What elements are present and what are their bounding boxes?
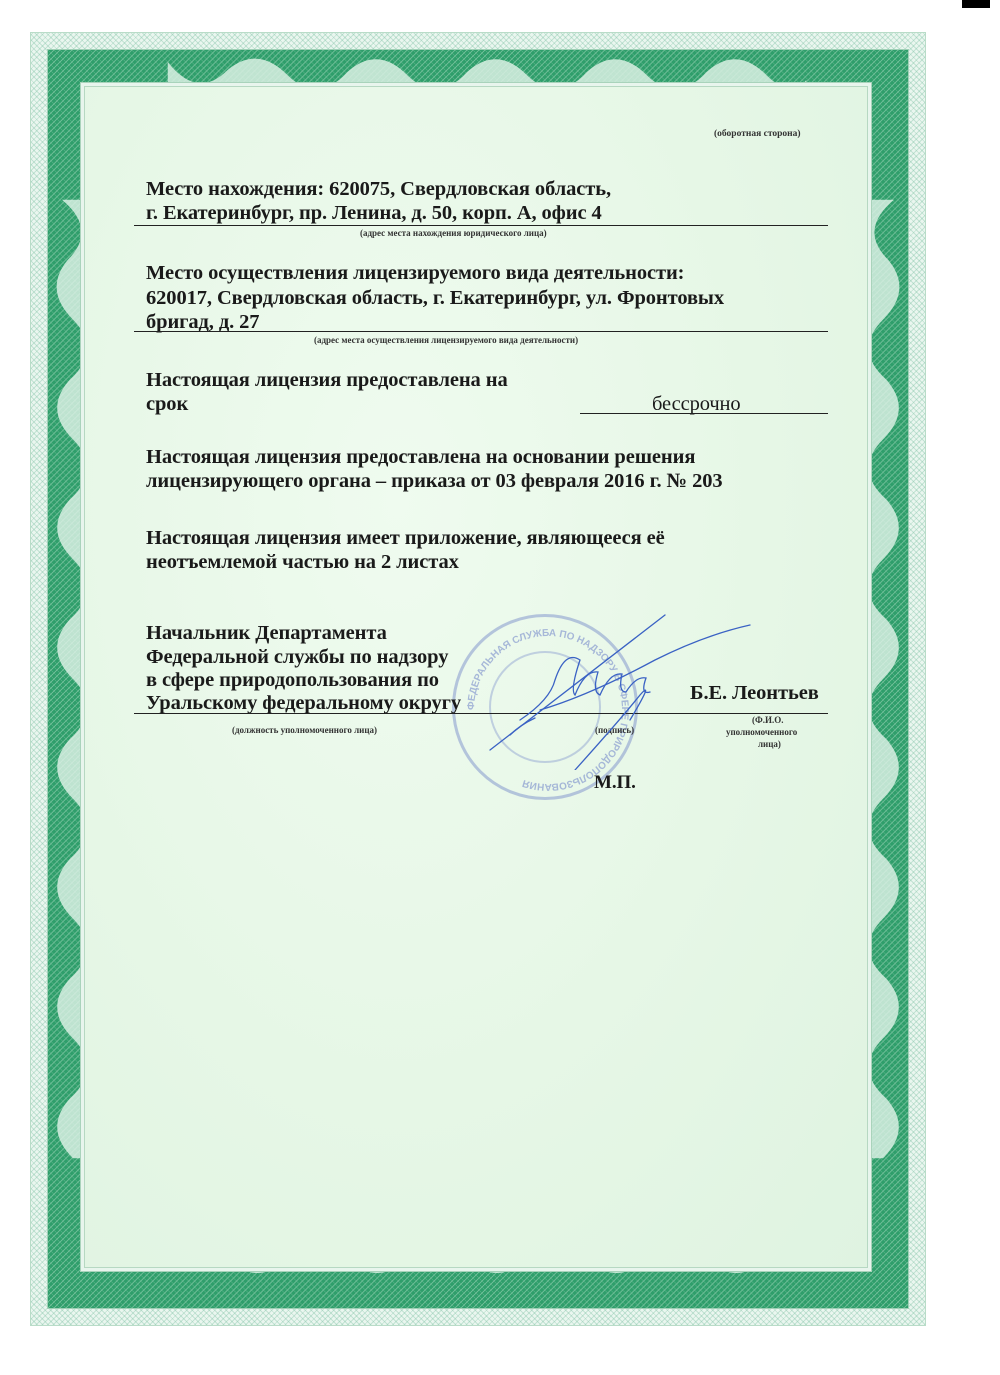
position-line-3: в сфере природопользования по [146, 669, 439, 692]
position-line-4: Уральскому федеральному округу [146, 692, 461, 715]
name-caption-3: лица) [758, 739, 781, 750]
term-line-2: срок [146, 393, 188, 416]
position-line-2: Федеральной службы по надзору [146, 646, 448, 669]
location-caption: (адрес места нахождения юридического лиц… [360, 228, 547, 239]
position-line-1: Начальник Департамента [146, 622, 387, 645]
activity-line-2: 620017, Свердловская область, г. Екатери… [146, 287, 724, 310]
basis-line-2: лицензирующего органа – приказа от 03 фе… [146, 470, 723, 493]
scan-edge-mark [962, 0, 990, 8]
activity-caption: (адрес места осуществления лицензируемог… [314, 335, 578, 346]
basis-line-1: Настоящая лицензия предоставлена на осно… [146, 446, 695, 469]
activity-underline [134, 331, 828, 332]
seal-label: М.П. [594, 771, 636, 794]
position-caption: (должность уполномоченного лица) [232, 725, 377, 736]
handwritten-signature-icon [480, 600, 760, 770]
side-label: (оборотная сторона) [714, 129, 801, 140]
activity-line-1: Место осуществления лицензируемого вида … [146, 262, 684, 285]
term-line-1: Настоящая лицензия предоставлена на [146, 369, 508, 392]
term-underline [580, 413, 828, 414]
location-underline [134, 225, 828, 226]
location-line-1: Место нахождения: 620075, Свердловская о… [146, 178, 611, 201]
appendix-line-2: неотъемлемой частью на 2 листах [146, 551, 459, 574]
location-line-2: г. Екатеринбург, пр. Ленина, д. 50, корп… [146, 202, 602, 225]
appendix-line-1: Настоящая лицензия имеет приложение, явл… [146, 527, 665, 550]
